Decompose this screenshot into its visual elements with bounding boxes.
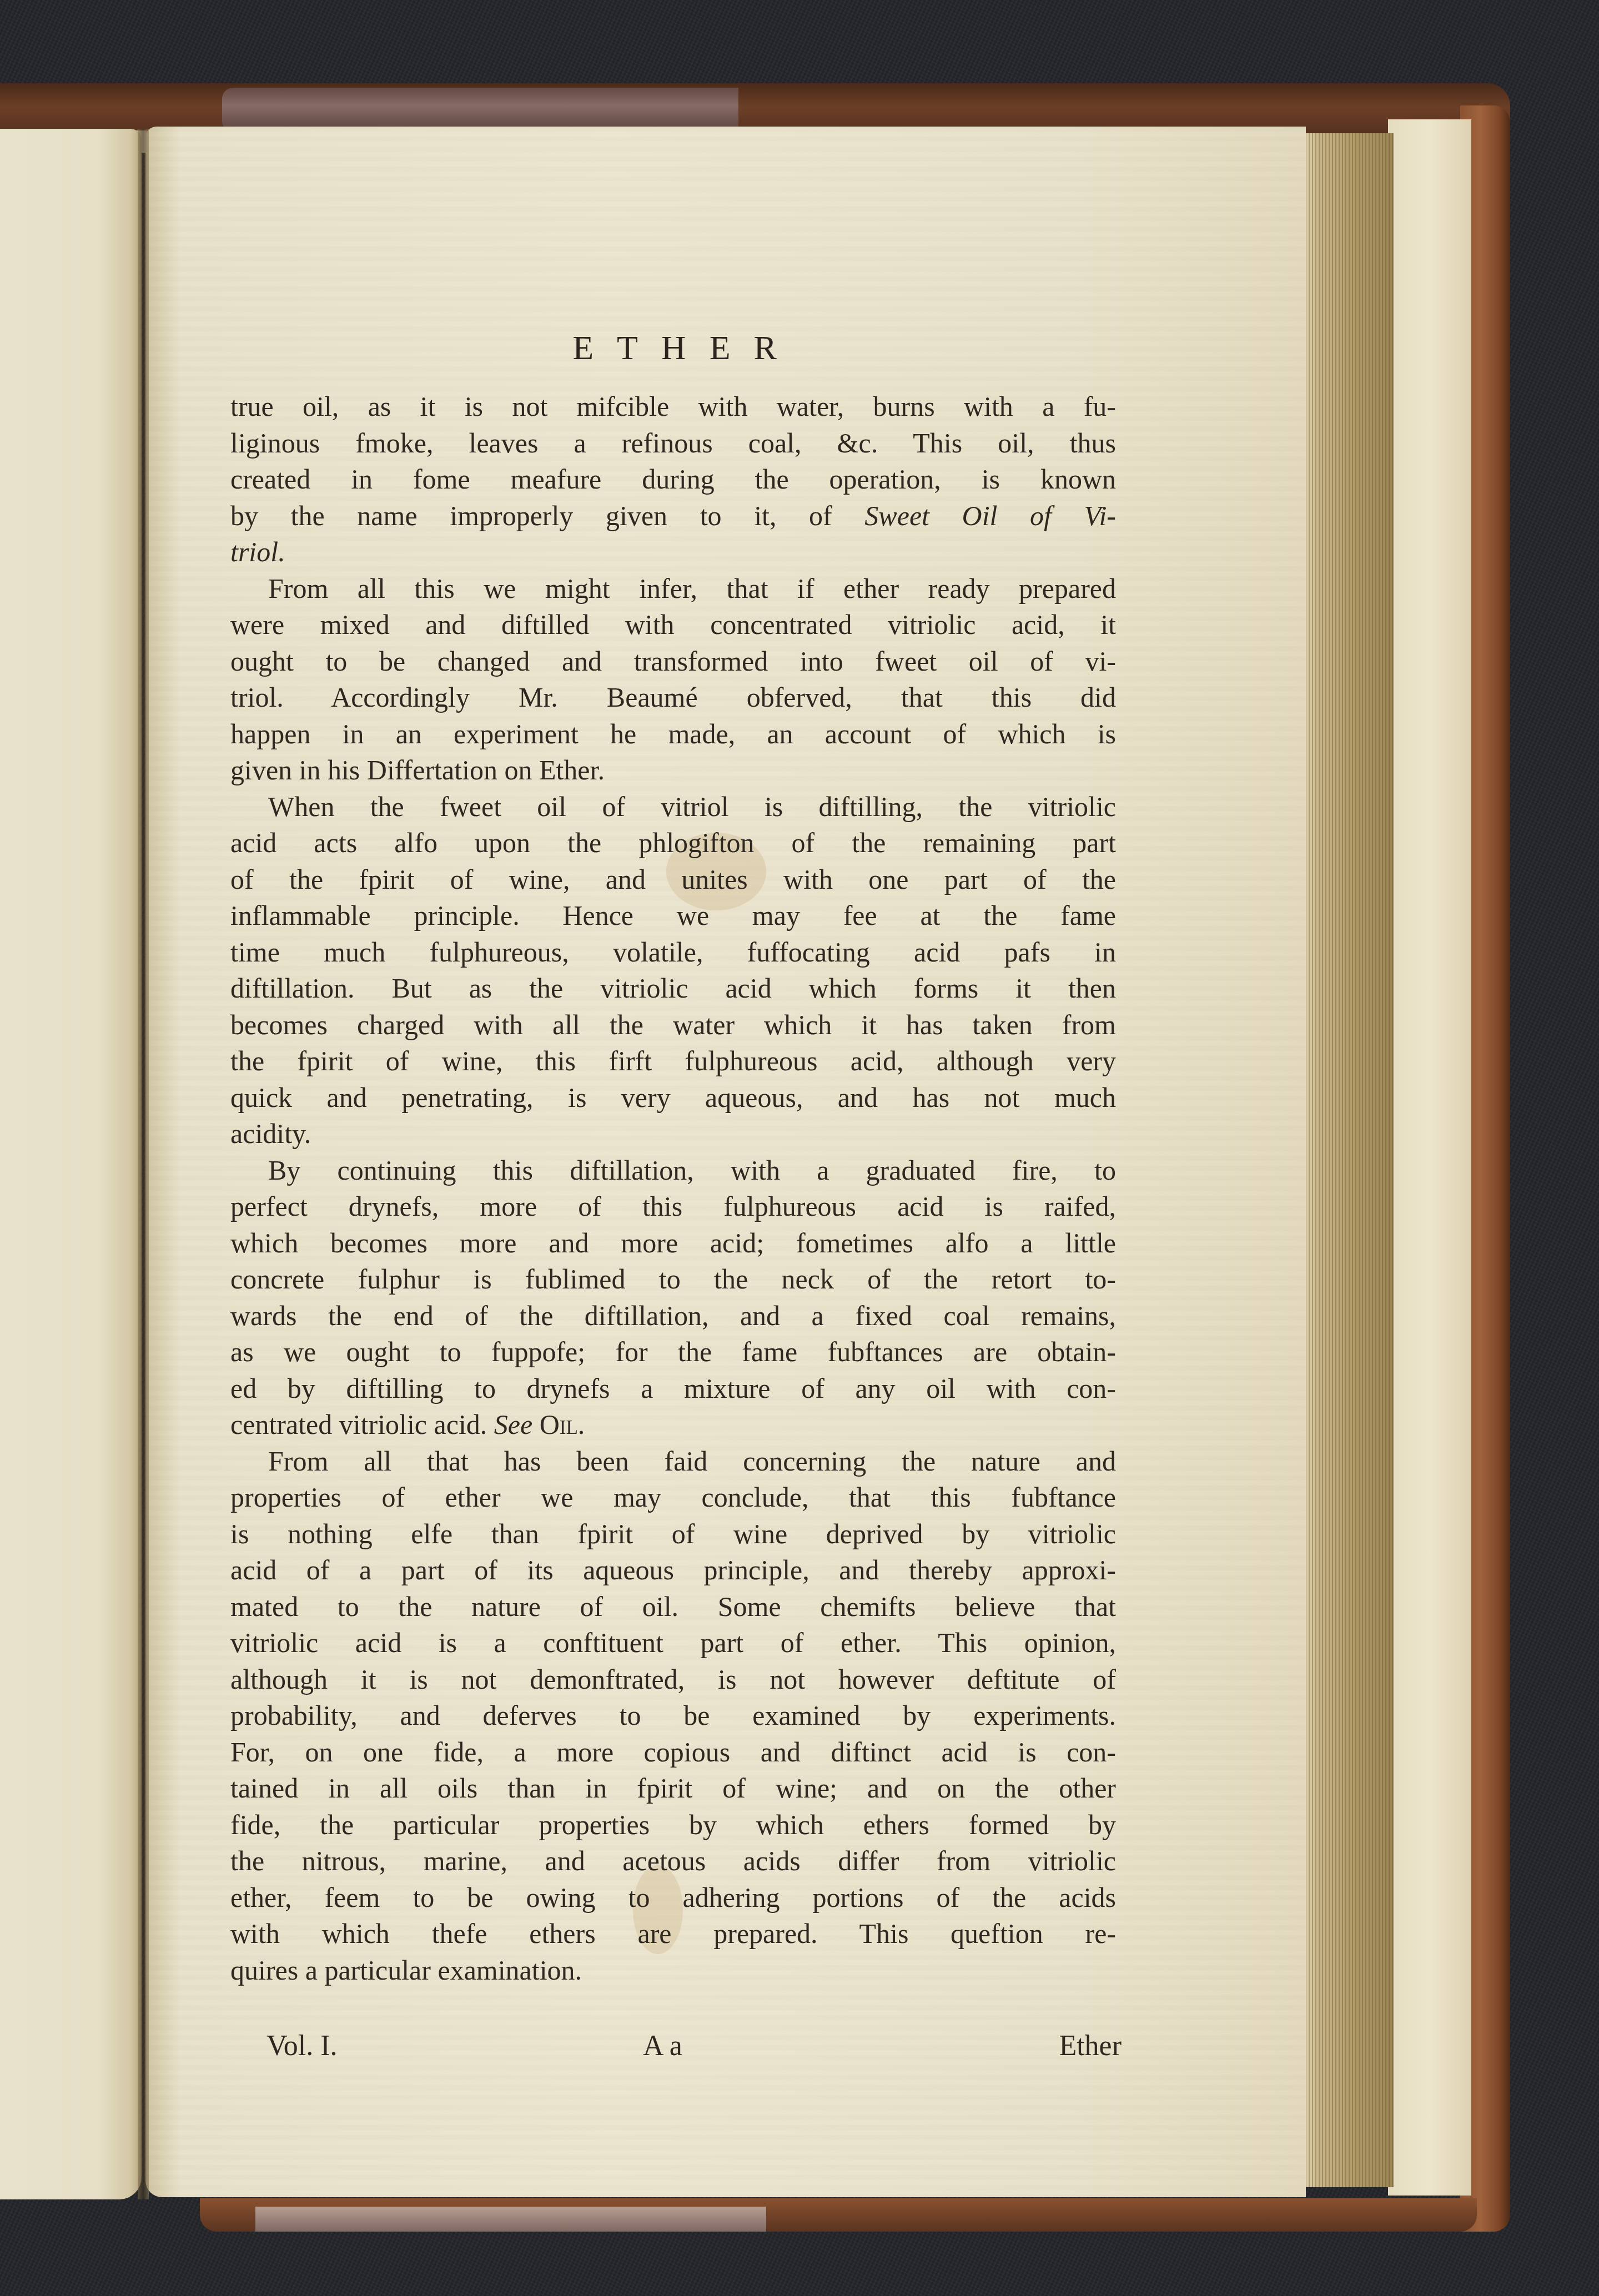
text-line: created in fome meafure during the opera… — [230, 461, 1116, 498]
text-line: By continuing this diftillation, with a … — [230, 1152, 1116, 1189]
text-line: wards the end of the diftillation, and a… — [230, 1298, 1116, 1335]
page-footer: Vol. I. A a Ether — [266, 2026, 1122, 2065]
text-line: with which thefe ethers are prepared. Th… — [230, 1916, 1116, 1952]
text-line: the nitrous, marine, and acetous acids d… — [230, 1843, 1116, 1880]
text-line: tained in all oils than in fpirit of win… — [230, 1770, 1116, 1807]
text-line: as we ought to fuppofe; for the fame fub… — [230, 1334, 1116, 1371]
page-body-text: true oil, as it is not mifcible with wat… — [230, 389, 1116, 1988]
paragraph: When the fweet oil of vitriol is diftill… — [230, 789, 1116, 1152]
text-line: ed by diftilling to drynefs a mixture of… — [230, 1371, 1116, 1407]
text-line: liginous fmoke, leaves a refinous coal, … — [230, 425, 1116, 462]
paragraph: true oil, as it is not mifcible with wat… — [230, 389, 1116, 571]
page-fore-edge — [1302, 133, 1394, 2187]
text-line: ether, feem to be owing to adhering port… — [230, 1880, 1116, 1916]
left-page — [0, 129, 142, 2199]
text-line: ought to be changed and transformed into… — [230, 643, 1116, 680]
text-line: of the fpirit of wine, and unites with o… — [230, 862, 1116, 898]
text-line: concrete fulphur is fublimed to the neck… — [230, 1261, 1116, 1298]
text-line: fide, the particular properties by which… — [230, 1807, 1116, 1844]
catchword: Ether — [1059, 2030, 1122, 2062]
italic-term: Sweet Oil of Vi- — [864, 500, 1116, 531]
volume-number: Vol. I. — [266, 2030, 338, 2062]
text-line: acid acts alfo upon the phlogifton of th… — [230, 825, 1116, 862]
text-line: quick and penetrating, is very aqueous, … — [230, 1080, 1116, 1116]
running-head: ETHER — [230, 329, 1119, 368]
text-line: triol. — [230, 534, 1116, 571]
text-line: From all that has been faid concerning t… — [230, 1443, 1116, 1480]
text-line: centrated vitriolic acid. See Oil. — [230, 1407, 1116, 1443]
text-line: is nothing elfe than fpirit of wine depr… — [230, 1516, 1116, 1553]
cross-reference: Oil — [540, 1409, 578, 1440]
text-line: acidity. — [230, 1116, 1116, 1152]
text-line: mated to the nature of oil. Some chemift… — [230, 1589, 1116, 1625]
book-gutter — [138, 129, 149, 2199]
text-line: the fpirit of wine, this firft fulphureo… — [230, 1043, 1116, 1080]
flyleaf-strip — [1388, 119, 1471, 2196]
text-line: given in his Differtation on Ether. — [230, 752, 1116, 789]
paragraph: From all this we might infer, that if et… — [230, 571, 1116, 789]
spine-repair-tape — [222, 88, 738, 132]
text-line: quires a particular examination. — [230, 1952, 1116, 1989]
paragraph: From all that has been faid concerning t… — [230, 1443, 1116, 1989]
text-line: diftillation. But as the vitriolic acid … — [230, 970, 1116, 1007]
text-line: vitriolic acid is a conftituent part of … — [230, 1625, 1116, 1661]
text-line: which becomes more and more acid; fometi… — [230, 1225, 1116, 1262]
italic-term: See — [494, 1409, 532, 1440]
paragraph: By continuing this diftillation, with a … — [230, 1152, 1116, 1443]
text-line: although it is not demonftrated, is not … — [230, 1661, 1116, 1698]
text-line: properties of ether we may conclude, tha… — [230, 1479, 1116, 1516]
italic-term: triol. — [230, 536, 285, 567]
text-line: true oil, as it is not mifcible with wat… — [230, 389, 1116, 425]
text-line: acid of a part of its aqueous principle,… — [230, 1552, 1116, 1589]
text-line: When the fweet oil of vitriol is diftill… — [230, 789, 1116, 825]
text-line: were mixed and diftilled with concentrat… — [230, 607, 1116, 643]
text-line: For, on one fide, a more copious and dif… — [230, 1734, 1116, 1771]
text-line: by the name improperly given to it, of S… — [230, 498, 1116, 535]
text-line: time much fulphureous, volatile, fuffoca… — [230, 934, 1116, 971]
text-line: perfect drynefs, more of this fulphureou… — [230, 1189, 1116, 1225]
text-line: probability, and deferves to be examined… — [230, 1698, 1116, 1734]
text-line: From all this we might infer, that if et… — [230, 571, 1116, 607]
text-line: becomes charged with all the water which… — [230, 1007, 1116, 1044]
text-line: happen in an experiment he made, an acco… — [230, 716, 1116, 753]
text-line: triol. Accordingly Mr. Beaumé obferved, … — [230, 679, 1116, 716]
bottom-repair-tape — [255, 2207, 766, 2232]
signature-mark: A a — [643, 2030, 682, 2062]
text-line: inflammable principle. Hence we may fee … — [230, 898, 1116, 934]
